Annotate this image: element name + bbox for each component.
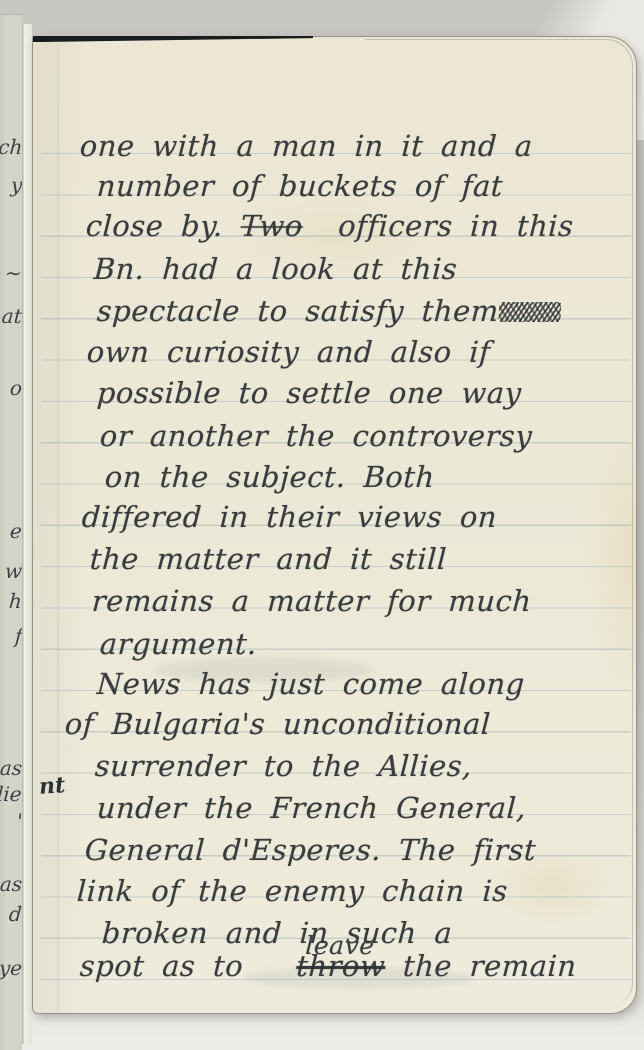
edge-fragment: y [10, 173, 22, 197]
handwritten-line-7: possible to settle one way [96, 375, 523, 411]
handwritten-line-13: argument. [99, 626, 258, 662]
handwritten-line-21: spot as to throwleave the remain [79, 948, 578, 984]
handwritten-line-15: of Bulgaria's unconditional [64, 706, 492, 742]
text-segment: Bn. had a look at this [93, 252, 458, 286]
text-segment: the matter and it still [89, 542, 448, 576]
handwritten-line-2: number of buckets of fat [96, 168, 504, 204]
handwritten-line-11: the matter and it still [89, 541, 448, 577]
edge-fragment: h [8, 589, 22, 613]
edge-fragment: ~ [4, 261, 22, 285]
struck-word: Two [240, 209, 304, 243]
text-segment: broken and in such a [101, 916, 453, 950]
text-segment: spectacle to satisfy them [96, 294, 500, 328]
handwritten-line-9: on the subject. Both [104, 459, 436, 495]
text-segment: the remain [384, 949, 577, 983]
handwritten-line-18: General d'Esperes. The first [84, 832, 537, 868]
notebook-page: one with a man in it and anumber of buck… [32, 36, 637, 1014]
handwritten-line-1: one with a man in it and a [79, 128, 534, 164]
edge-fragment: ich [0, 135, 22, 159]
scanned-diary-photo: ichy~hatoewhfaslie'asdye one with a man … [0, 0, 644, 1050]
handwritten-line-10: differed in their views on [81, 499, 498, 535]
backdrop-highlight-bottom [0, 1008, 644, 1050]
handwritten-line-20: broken and in such a [101, 915, 453, 951]
edge-fragment: e [9, 519, 22, 543]
edge-fragment: f [14, 624, 22, 648]
handwritten-line-12: remains a matter for much [91, 583, 532, 619]
handwritten-line-5: spectacle to satisfy them [96, 293, 562, 329]
handwritten-line-17: under the French General, [96, 790, 527, 826]
text-segment: one with a man in it and a [79, 129, 534, 163]
text-segment: argument. [99, 627, 258, 661]
inserted-word-above: leave [304, 928, 375, 964]
text-segment: General d'Esperes. The first [84, 833, 537, 867]
edge-fragment: d [8, 902, 22, 926]
text-segment: remains a matter for much [91, 584, 532, 618]
handwritten-line-14: News has just come along [96, 666, 526, 702]
text-segment: possible to settle one way [96, 376, 522, 410]
handwritten-line-4: Bn. had a look at this [93, 251, 458, 287]
text-segment: differed in their views on [81, 500, 498, 534]
handwritten-line-19: link of the enemy chain is [76, 873, 509, 909]
edge-fragment: as [0, 872, 22, 896]
edge-fragment: w [4, 559, 22, 583]
text-segment: News has just come along [96, 667, 526, 701]
underlying-pages-edge [22, 24, 32, 1044]
handwritten-line-16: surrender to the Allies, [94, 748, 473, 784]
text-segment: on the subject. Both [104, 460, 436, 494]
edge-fragment: hat [0, 304, 22, 328]
struck-word: throwleave [295, 949, 386, 983]
handwritten-line-6: own curiosity and also if [86, 334, 491, 370]
text-segment: link of the enemy chain is [76, 874, 509, 908]
handwritten-line-8: or another the controversy [99, 418, 533, 454]
edge-fragment: o [9, 376, 22, 400]
margin-mark: nt [38, 772, 66, 800]
handwriting-layer: one with a man in it and anumber of buck… [33, 37, 636, 1013]
text-segment: or another the controversy [99, 419, 533, 453]
edge-fragment: lie [0, 782, 22, 806]
edge-fragment: as [0, 756, 22, 780]
handwritten-line-3: close by. Two officers in this [85, 208, 574, 244]
text-segment: number of buckets of fat [96, 169, 504, 203]
text-segment: own curiosity and also if [86, 335, 491, 369]
text-segment: under the French General, [96, 791, 527, 825]
text-segment: officers in this [302, 209, 574, 243]
edge-fragment: ye [0, 956, 22, 980]
previous-page-edge: ichy~hatoewhfaslie'asdye [0, 14, 22, 1050]
text-segment: spot as to [79, 949, 297, 983]
text-segment: surrender to the Allies, [94, 749, 473, 783]
scribbled-out-word [498, 302, 561, 322]
text-segment: of Bulgaria's unconditional [64, 707, 492, 741]
text-segment: close by. [85, 209, 242, 243]
